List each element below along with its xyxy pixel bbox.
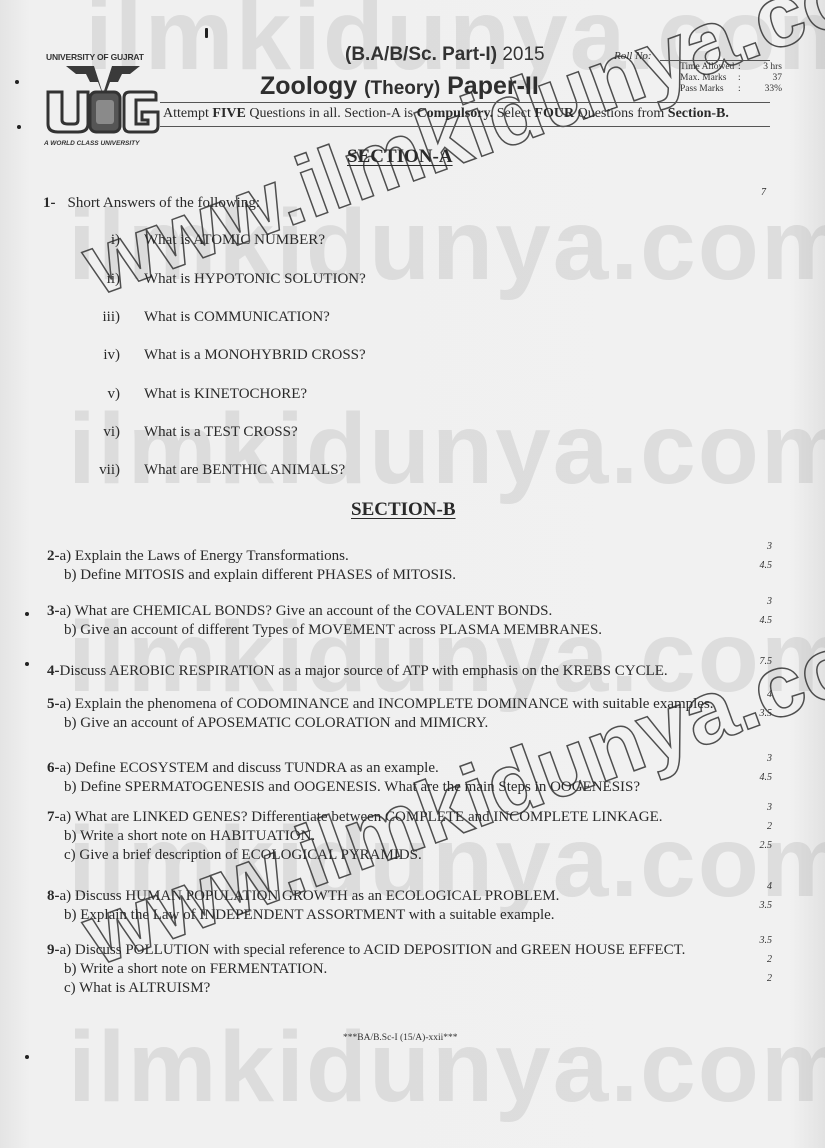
roman-numeral: i) [80, 232, 120, 249]
question-9: 9-a) Discuss POLLUTION with special refe… [47, 941, 685, 998]
short-question-item: v)What is KINETOCHORE? [80, 386, 307, 403]
paper-type: (Theory) [364, 78, 440, 99]
short-question-text: What is a TEST CROSS? [144, 424, 298, 440]
roll-number-label: Roll No: [614, 50, 652, 62]
question-marks: 7.5 [742, 656, 772, 667]
header-divider [160, 126, 770, 127]
roman-numeral: vi) [80, 424, 120, 441]
question-part: b) Define MITOSIS and explain different … [47, 566, 456, 585]
roman-numeral: iii) [80, 309, 120, 326]
question-6: 6-a) Define ECOSYSTEM and discuss TUNDRA… [47, 759, 640, 797]
question-5: 5-a) Explain the phenomena of CODOMINANC… [47, 695, 714, 733]
question-marks: 3 [742, 802, 772, 813]
question-7: 7-a) What are LINKED GENES? Differentiat… [47, 808, 663, 865]
question-text: b) Write a short note on FERMENTATION. [64, 961, 327, 977]
question-part: 9-a) Discuss POLLUTION with special refe… [47, 941, 685, 960]
paper-title: Zoology (Theory) Paper-II [260, 72, 539, 101]
exam-series-label: (B.A/B/Sc. Part-I) [345, 44, 497, 65]
scan-speck [25, 612, 29, 616]
question-8: 8-a) Discuss HUMAN POPULATION GROWTH as … [47, 887, 559, 925]
short-question-text: What is ATOMIC NUMBER? [144, 232, 325, 248]
short-question-item: iii)What is COMMUNICATION? [80, 309, 330, 326]
short-question-text: What is HYPOTONIC SOLUTION? [144, 271, 366, 287]
question-marks: 4.5 [742, 772, 772, 783]
watermark: ilmkidunya.com [68, 1010, 825, 1125]
question-marks: 3.5 [742, 708, 772, 719]
question-marks: 2 [742, 821, 772, 832]
short-question-text: What is KINETOCHORE? [144, 386, 307, 402]
question-text: b) Explain the Law of INDEPENDENT ASSORT… [64, 907, 555, 923]
subject-name: Zoology [260, 72, 357, 100]
question-part: b) Write a short note on FERMENTATION. [47, 960, 685, 979]
question-number: 2- [47, 548, 60, 564]
question-text: b) Define SPERMATOGENESIS and OOGENESIS.… [64, 779, 640, 795]
paper-code: ***BA/B.Sc-I (15/A)-xxii*** [343, 1033, 458, 1043]
question-part: c) What is ALTRUISM? [47, 979, 685, 998]
short-question-text: What are BENTHIC ANIMALS? [144, 462, 345, 478]
exam-series: (B.A/B/Sc. Part-I) 2015 [345, 44, 545, 66]
question-4: 4-Discuss AEROBIC RESPIRATION as a major… [47, 662, 668, 681]
question-text: b) Define MITOSIS and explain different … [64, 567, 456, 583]
question-part: 6-a) Define ECOSYSTEM and discuss TUNDRA… [47, 759, 640, 778]
question-text: c) What is ALTRUISM? [64, 980, 210, 996]
question-marks: 3 [742, 596, 772, 607]
question-marks: 2.5 [742, 840, 772, 851]
question-part: 2-a) Explain the Laws of Energy Transfor… [47, 547, 456, 566]
question-part: b) Define SPERMATOGENESIS and OOGENESIS.… [47, 778, 640, 797]
question-marks: 2 [742, 954, 772, 965]
exam-meta: Time Allowed:3 hrs Max. Marks:37 Pass Ma… [680, 62, 782, 95]
roman-numeral: ii) [80, 271, 120, 288]
question-text: a) Discuss POLLUTION with special refere… [60, 942, 686, 958]
question-text: a) What are LINKED GENES? Differentiate … [60, 809, 663, 825]
watermark: ilmkidunya.com [68, 392, 825, 507]
question-number: 4- [47, 663, 60, 679]
question-part: 4-Discuss AEROBIC RESPIRATION as a major… [47, 662, 668, 681]
question-text: a) Define ECOSYSTEM and discuss TUNDRA a… [60, 760, 439, 776]
question-part: 8-a) Discuss HUMAN POPULATION GROWTH as … [47, 887, 559, 906]
scan-speck [205, 28, 208, 38]
question-text: b) Give an account of APOSEMATIC COLORAT… [64, 715, 488, 731]
short-question-item: vii)What are BENTHIC ANIMALS? [80, 462, 345, 479]
question-number: 8- [47, 888, 60, 904]
question-part: b) Write a short note on HABITUATION. [47, 827, 663, 846]
university-logo: UNIVERSITY OF GUJRAT A WORLD CLASS UNIVE… [40, 52, 165, 147]
short-question-item: ii)What is HYPOTONIC SOLUTION? [80, 271, 366, 288]
short-question-item: vi)What is a TEST CROSS? [80, 424, 298, 441]
question-part: 3-a) What are CHEMICAL BONDS? Give an ac… [47, 602, 602, 621]
exam-instructions: Attempt FIVE Questions in all. Section-A… [163, 106, 729, 122]
meta-time-allowed: Time Allowed:3 hrs [680, 62, 782, 73]
question-part: b) Give an account of different Types of… [47, 621, 602, 640]
question-number: 6- [47, 760, 60, 776]
short-question-text: What is a MONOHYBRID CROSS? [144, 347, 366, 363]
short-question-item: iv)What is a MONOHYBRID CROSS? [80, 347, 366, 364]
header-divider [160, 102, 770, 103]
question-1-marks: 7 [761, 187, 766, 198]
exam-year: 2015 [502, 44, 544, 65]
question-1: 1-Short Answers of the following: [43, 195, 260, 212]
roll-number-field [660, 60, 770, 61]
scan-speck [25, 1055, 29, 1059]
question-marks: 4 [742, 689, 772, 700]
question-marks: 3 [742, 541, 772, 552]
question-number: 5- [47, 696, 60, 712]
question-part: 5-a) Explain the phenomena of CODOMINANC… [47, 695, 714, 714]
question-marks: 3 [742, 753, 772, 764]
meta-pass-marks: Pass Marks:33% [680, 84, 782, 95]
question-marks: 4 [742, 881, 772, 892]
scan-speck [15, 80, 19, 84]
question-text: a) Explain the Laws of Energy Transforma… [60, 548, 349, 564]
paper-number: Paper-II [447, 72, 539, 100]
question-part: b) Give an account of APOSEMATIC COLORAT… [47, 714, 714, 733]
logo-university-name: UNIVERSITY OF GUJRAT [46, 52, 144, 62]
logo-tagline: A WORLD CLASS UNIVERSITY [44, 140, 139, 147]
question-marks: 3.5 [742, 935, 772, 946]
roman-numeral: v) [80, 386, 120, 403]
question-number: 3- [47, 603, 60, 619]
question-text: c) Give a brief description of ECOLOGICA… [64, 847, 422, 863]
question-number: 7- [47, 809, 60, 825]
roman-numeral: iv) [80, 347, 120, 364]
roman-numeral: vii) [80, 462, 120, 479]
question-marks: 2 [742, 973, 772, 984]
section-a-heading: SECTION-A [347, 146, 453, 168]
question-text: b) Give an account of different Types of… [64, 622, 602, 638]
exam-paper-page: ilmkidunya.com ilmkidunya.com ilmkidunya… [0, 0, 825, 1148]
short-question-item: i)What is ATOMIC NUMBER? [80, 232, 325, 249]
question-text: a) Discuss HUMAN POPULATION GROWTH as an… [60, 888, 560, 904]
scan-speck [17, 125, 21, 129]
question-marks: 4.5 [742, 560, 772, 571]
question-3: 3-a) What are CHEMICAL BONDS? Give an ac… [47, 602, 602, 640]
question-text: b) Write a short note on HABITUATION. [64, 828, 315, 844]
question-part: 7-a) What are LINKED GENES? Differentiat… [47, 808, 663, 827]
meta-max-marks: Max. Marks:37 [680, 73, 782, 84]
question-2: 2-a) Explain the Laws of Energy Transfor… [47, 547, 456, 585]
uog-emblem-icon [44, 64, 162, 134]
question-text: a) What are CHEMICAL BONDS? Give an acco… [60, 603, 553, 619]
question-marks: 3.5 [742, 900, 772, 911]
question-part: b) Explain the Law of INDEPENDENT ASSORT… [47, 906, 559, 925]
scan-speck [25, 662, 29, 666]
question-text: a) Explain the phenomena of CODOMINANCE … [60, 696, 714, 712]
question-marks: 4.5 [742, 615, 772, 626]
section-b-heading: SECTION-B [351, 499, 456, 521]
question-part: c) Give a brief description of ECOLOGICA… [47, 846, 663, 865]
question-text: Discuss AEROBIC RESPIRATION as a major s… [60, 663, 668, 679]
short-question-text: What is COMMUNICATION? [144, 309, 330, 325]
question-number: 9- [47, 942, 60, 958]
